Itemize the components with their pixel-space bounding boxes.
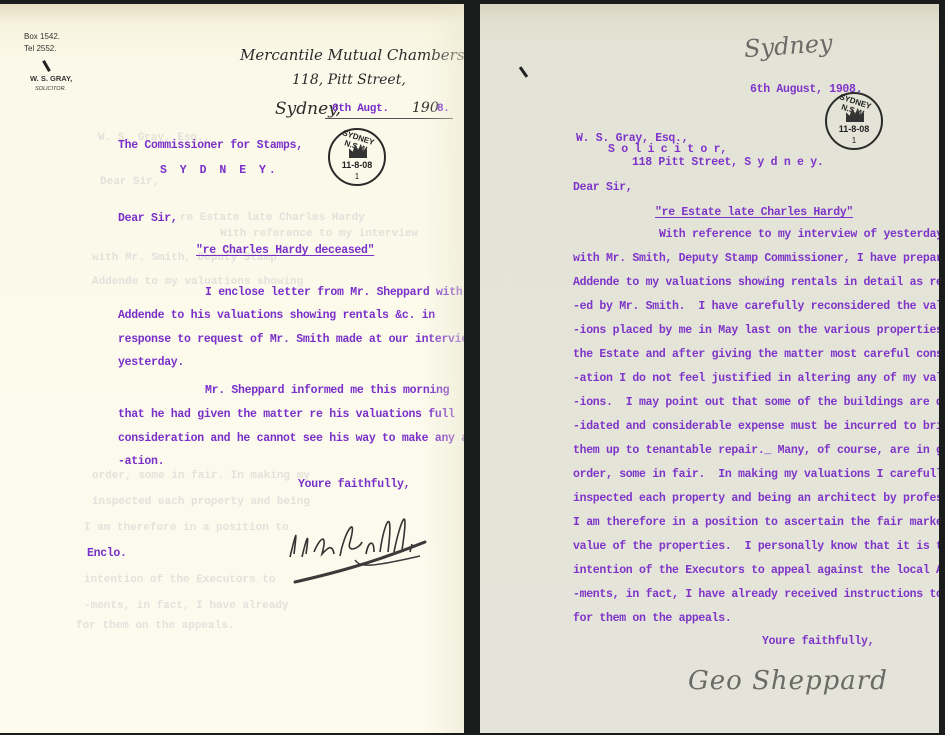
body-line: yesterday. (118, 356, 184, 369)
body-line: with Mr. Smith, Deputy Stamp Commissione… (573, 252, 939, 265)
closing: Youre faithfully, (762, 635, 874, 648)
postmark-stamp: SYDNEY N.S.W 11-8-08 1 (825, 92, 883, 150)
body-line: I am therefore in a position to ascertai… (573, 516, 939, 529)
body-line: With reference to my interview of yester… (659, 228, 939, 241)
body-line: them up to tenantable repair._ Many, of … (573, 444, 939, 457)
postmark-stamp: SYDNEY N.S.W 11-8-08 1 (328, 128, 386, 186)
letter-date: 6th Augt. (332, 103, 389, 115)
addressee-line-2: S o l i c i t o r, (608, 143, 727, 156)
body-line: -ions. I may point out that some of the … (573, 396, 939, 409)
body-line: Addende to his valuations showing rental… (118, 309, 435, 322)
letterhead-telephone: Tel 2552. (24, 44, 56, 53)
addressee-line-2: S Y D N E Y. (160, 164, 279, 177)
letterhead-building: Mercantile Mutual Chambers, (240, 46, 464, 64)
salutation: Dear Sir, (573, 181, 632, 194)
body-line: intention of the Executors to appeal aga… (573, 564, 939, 577)
body-line: -ation. (118, 455, 164, 468)
body-line: -ments, in fact, I have already received… (573, 588, 939, 601)
pencil-mark (519, 66, 528, 78)
letterhead-year-prefix: 190 (412, 100, 439, 116)
letterhead-box-number: Box 1542. (24, 32, 60, 41)
body-line: value of the properties. I personally kn… (573, 540, 939, 553)
signature-gray (270, 482, 440, 592)
subject-line: "re Estate late Charles Hardy" (655, 206, 853, 219)
body-line: order, some in fair. In making my valuat… (573, 468, 939, 481)
pencil-mark (42, 60, 51, 72)
addressee-line-3: 118 Pitt Street, S y d n e y. (632, 156, 823, 169)
body-line: response to request of Mr. Smith made at… (118, 333, 464, 346)
body-line: -ation I do not feel justified in alteri… (573, 372, 939, 385)
addressee-line-1: The Commissioner for Stamps, (118, 139, 303, 152)
enclosure-note: Enclo. (87, 547, 127, 560)
body-line: Addende to my valuations showing rentals… (573, 276, 939, 289)
letterhead-year-suffix: 8. (437, 103, 450, 115)
date-rule (325, 118, 453, 119)
salutation: Dear Sir, (118, 212, 177, 225)
body-line: for them on the appeals. (573, 612, 731, 625)
body-line: -idated and considerable expense must be… (573, 420, 939, 433)
signature-sheppard: Geo Sheppard (688, 666, 888, 696)
body-line: Mr. Sheppard informed me this morning (205, 384, 449, 397)
postmark-number: 1 (330, 172, 384, 181)
letter-page-gray: Box 1542. Tel 2552. W. S. GRAY, SOLICITO… (0, 4, 464, 733)
letterhead-title: SOLICITOR. (35, 86, 66, 92)
body-line: consideration and he cannot see his way … (118, 432, 464, 445)
body-line: I enclose letter from Mr. Sheppard with (205, 286, 462, 299)
body-line: that he had given the matter re his valu… (118, 408, 455, 421)
body-line: -ed by Mr. Smith. I have carefully recon… (573, 300, 939, 313)
handwritten-header: Sydney (743, 29, 833, 63)
letterhead-name: W. S. GRAY, (30, 74, 72, 83)
body-line: -ions placed by me in May last on the va… (573, 324, 939, 337)
letter-page-sheppard: Sydney 6th August, 1908. SYDNEY N.S.W 11… (480, 4, 939, 733)
body-line: inspected each property and being an arc… (573, 492, 939, 505)
postmark-date: 11-8-08 (827, 124, 881, 134)
subject-line: "re Charles Hardy deceased" (196, 244, 374, 257)
postmark-date: 11-8-08 (330, 160, 384, 170)
letterhead-street: 118, Pitt Street, (292, 72, 406, 88)
postmark-number: 1 (827, 136, 881, 145)
body-line: the Estate and after giving the matter m… (573, 348, 939, 361)
